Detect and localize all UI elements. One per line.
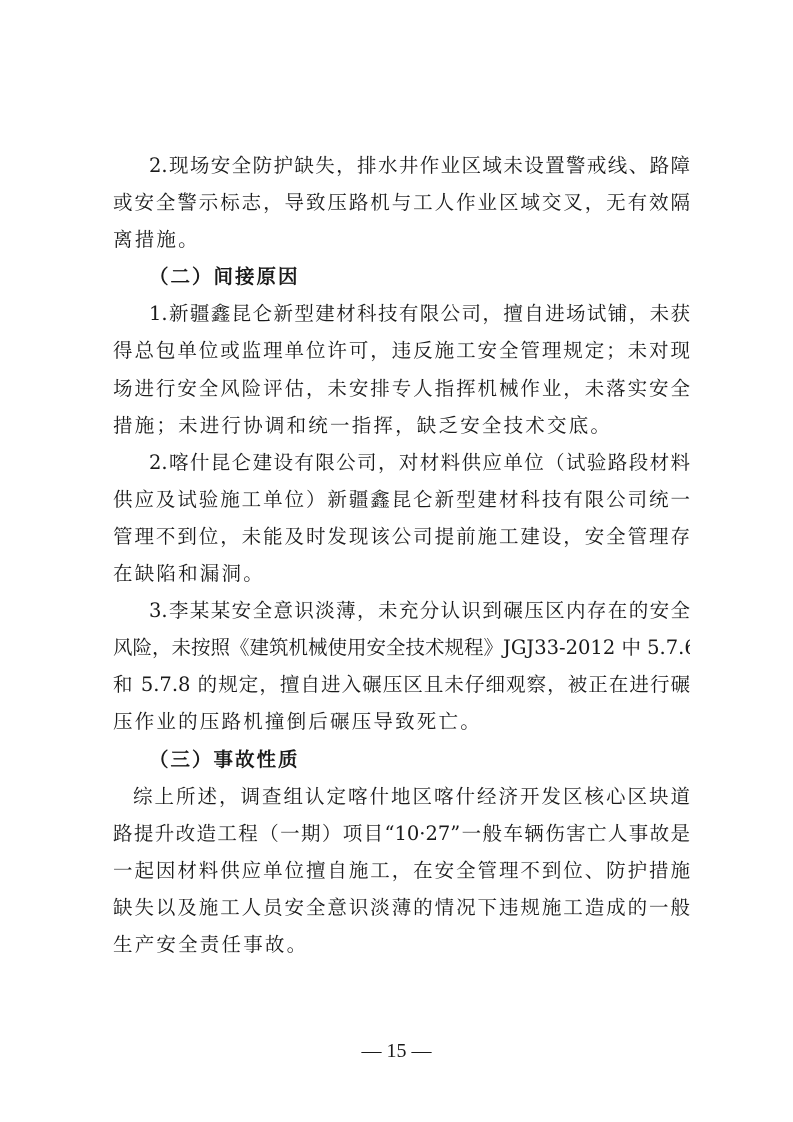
paragraph-line: 和 5.7.8 的规定，擅自进入碾压区且未仔细观察，被正在进行碾 [113, 666, 690, 703]
section-heading-indirect-causes: （二）间接原因 [113, 258, 690, 295]
paragraph-line: 场进行安全风险评估，未安排专人指挥机械作业，未落实安全 [113, 370, 690, 407]
paragraph-line: 在缺陷和漏洞。 [113, 555, 690, 592]
paragraph-line: 管理不到位，未能及时发现该公司提前施工建设，安全管理存 [113, 518, 690, 555]
paragraph-line: 措施；未进行协调和统一指挥，缺乏安全技术交底。 [113, 407, 690, 444]
page-number: — 15 — [0, 1040, 793, 1063]
paragraph-line: 一起因材料供应单位擅自施工，在安全管理不到位、防护措施 [113, 852, 690, 889]
paragraph-line: 供应及试验施工单位）新疆鑫昆仑新型建材科技有限公司统一 [113, 481, 690, 518]
paragraph-line: 或安全警示标志，导致压路机与工人作业区域交叉，无有效隔 [113, 184, 690, 221]
document-body: 2.现场安全防护缺失，排水井作业区域未设置警戒线、路障 或安全警示标志，导致压路… [113, 147, 690, 963]
paragraph-line: 离措施。 [113, 221, 690, 258]
paragraph-line: 综上所述，调查组认定喀什地区喀什经济开发区核心区块道 [113, 778, 690, 815]
paragraph-line: 3.李某某安全意识淡薄，未充分认识到碾压区内存在的安全 [113, 592, 690, 629]
paragraph-line: 风险，未按照《建筑机械使用安全技术规程》JGJ33-2012 中 5.7.6 [113, 629, 690, 666]
paragraph-line: 路提升改造工程（一期）项目“10·27”一般车辆伤害亡人事故是 [113, 815, 690, 852]
paragraph-line: 2.喀什昆仑建设有限公司，对材料供应单位（试验路段材料 [113, 444, 690, 481]
paragraph-line: 生产安全责任事故。 [113, 926, 690, 963]
paragraph-line: 得总包单位或监理单位许可，违反施工安全管理规定；未对现 [113, 332, 690, 369]
section-heading-accident-nature: （三）事故性质 [113, 741, 690, 778]
paragraph-line: 缺失以及施工人员安全意识淡薄的情况下违规施工造成的一般 [113, 889, 690, 926]
paragraph-line: 1.新疆鑫昆仑新型建材科技有限公司，擅自进场试铺，未获 [113, 295, 690, 332]
paragraph-line: 压作业的压路机撞倒后碾压导致死亡。 [113, 703, 690, 740]
paragraph-line: 2.现场安全防护缺失，排水井作业区域未设置警戒线、路障 [113, 147, 690, 184]
